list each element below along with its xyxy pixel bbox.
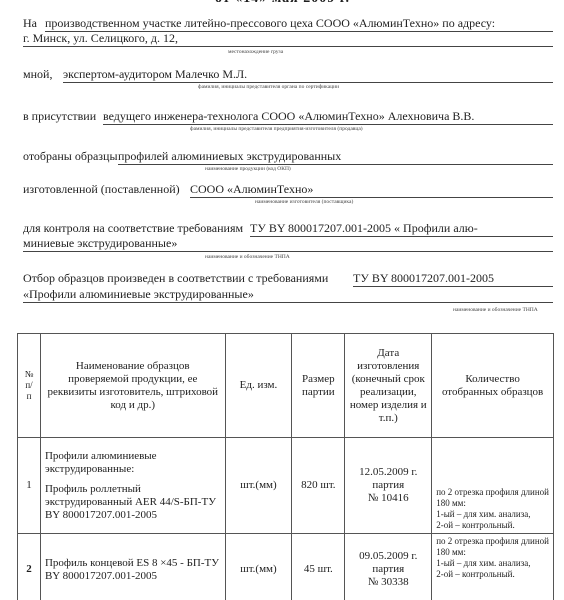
col-header-unit: Ед. изм. [225,334,292,438]
row-date-value: 09.05.2009 г. [349,550,427,563]
row-qty-line1: по 2 отрезка профиля длиной 180 мм: [436,536,549,558]
row-date-value: 12.05.2009 г. [349,466,427,479]
row-date: 09.05.2009 г. партия № 30338 [345,534,432,600]
row-qty-line3: 2-ой – контрольный. [436,569,549,580]
row-lot-number: № 30338 [349,576,427,589]
location-caption: местонахождение груза [228,49,283,55]
table-row: 1 Профили алюминиевые экструдированные: … [18,438,554,534]
presence-prefix: в присутствии [23,109,96,124]
row-unit: шт.(мм) [225,438,292,534]
by-prefix: мной, [23,67,52,82]
row-number: 1 [18,438,41,534]
location-prefix: На [23,16,37,31]
row-number: 2 [18,534,41,600]
row-name-item: Профиль концевой ES 8 ×45 - БП-ТУ BY 800… [45,557,221,583]
col-header-lot-size: Размер партии [292,334,345,438]
selection-prefix: Отбор образцов произведен в соответствии… [23,271,328,286]
control-caption: наименование и обозначение ТНПА [205,254,290,260]
table-header-row: № п/ п Наименование образцов проверяемой… [18,334,554,438]
maker-value: СООО «АлюминТехно» [190,182,553,198]
table-row: 2 Профиль концевой ES 8 ×45 - БП-ТУ BY 8… [18,534,554,600]
maker-caption: наименование изготовителя (поставщика) [255,199,353,205]
location-value-line1: производственном участке литейно-прессов… [45,16,553,32]
control-value-line2: миниевые экструдированные» [23,236,553,252]
samples-caption: наименование продукции (код ОКП) [205,166,291,172]
selection-value-line2: «Профили алюминиевые экструдированные» [23,287,553,303]
samples-table: № п/ п Наименование образцов проверяемой… [17,333,554,600]
row-qty-line2: 1-ый – для хим. анализа, [436,509,549,520]
col-header-quantity: Количество отобранных образцов [432,334,554,438]
protocol-date: от «14» мая 2009 г. [215,0,350,7]
row-lot-number: № 10416 [349,492,427,505]
row-lot-label: партия [349,563,427,576]
selection-caption: наименование и обозначение ТНПА [453,307,538,313]
presence-caption: фамилия, инициалы представителя предприя… [190,126,363,132]
row-name: Профиль концевой ES 8 ×45 - БП-ТУ BY 800… [40,534,225,600]
row-date: 12.05.2009 г. партия № 10416 [345,438,432,534]
row-qty-line1: по 2 отрезка профиля длиной 180 мм: [436,487,549,509]
col-header-number: № п/ п [18,334,41,438]
row-lot-size: 820 шт. [292,438,345,534]
row-lot-size: 45 шт. [292,534,345,600]
row-name: Профили алюминиевые экструдированные: Пр… [40,438,225,534]
control-prefix: для контроля на соответствие требованиям [23,221,243,236]
row-qty-line2: 1-ый – для хим. анализа, [436,558,549,569]
row-quantity: по 2 отрезка профиля длиной 180 мм: 1-ый… [432,534,554,600]
row-unit: шт.(мм) [225,534,292,600]
row-quantity: по 2 отрезка профиля длиной 180 мм: 1-ый… [432,438,554,534]
control-value-line1: ТУ BY 800017207.001-2005 « Профили алю- [250,221,553,237]
samples-prefix: отобраны образцы [23,149,118,164]
col-header-date: Дата изготовления (конечный срок реализа… [345,334,432,438]
selection-value-line1: ТУ BY 800017207.001-2005 [353,271,553,287]
presence-value: ведущего инженера-технолога СООО «Алюмин… [103,109,553,125]
row-name-item: Профиль роллетный экструдированный AER 4… [45,483,221,522]
samples-value: профилей алюминиевых экструдированных [118,149,553,165]
location-value-line2: г. Минск, ул. Селицкого, д. 12, [23,31,553,47]
row-qty-line3: 2-ой – контрольный. [436,520,549,531]
by-value: экспертом-аудитором Малечко М.Л. [63,67,553,83]
maker-prefix: изготовленной (поставленной) [23,182,180,197]
col-header-name: Наименование образцов проверяемой продук… [40,334,225,438]
by-caption: фамилия, инициалы представителя органа п… [198,84,339,90]
row-lot-label: партия [349,479,427,492]
row-name-group: Профили алюминиевые экструдированные: [45,450,221,476]
